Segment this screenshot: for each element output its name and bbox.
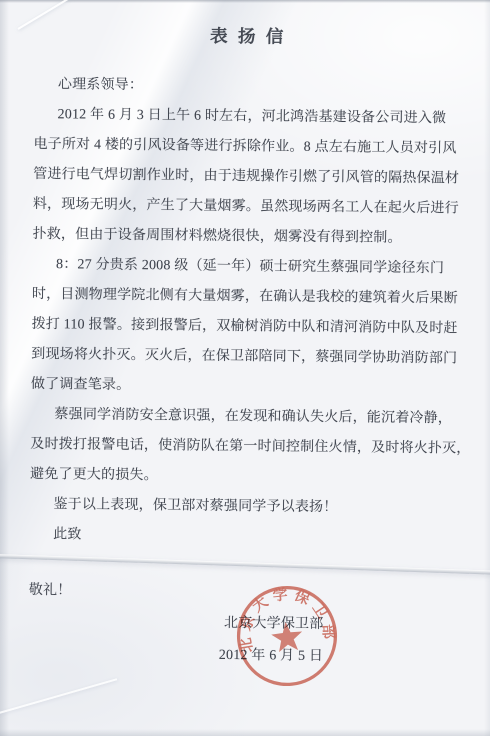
body-line: 到现场将火扑灭。灭火后，在保卫部陪同下，蔡强同学协助消防部门 [31,340,458,374]
body-line: 鉴于以上表现，保卫部对蔡强同学予以表扬！ [30,490,457,524]
body-line: 及时拨打报警电话，使消防队在第一时间控制住火情，及时将火扑灭， [30,430,457,464]
signature-block: 北京大学保卫部 2012 年 6 月 5 日 [28,606,456,674]
salutation: 心理系领导： [34,70,461,104]
scanned-letter-page: 表 扬 信 心理系领导： 2012 年 6 月 3 日上午 6 时左右，河北鸿浩… [0,0,490,736]
paragraph-3: 蔡强同学消防安全意识强，在发现和确认失火后，能沉着冷静， 及时拨打报警电话，使消… [30,400,458,494]
closing-jingli: 敬礼！ [29,576,456,610]
signature-date: 2012 年 6 月 5 日 [28,638,323,673]
letter-title: 表 扬 信 [35,22,462,50]
paragraph-1: 2012 年 6 月 3 日上午 6 时左右，河北鸿浩基建设备公司进入微 电子所… [32,100,461,254]
body-line: 管进行电气焊切割作业时，由于违规操作引燃了引风管的隔热保温材 [33,160,460,194]
body-line: 做了调查笔录。 [31,370,458,404]
body-line: 料，现场无明火，产生了大量烟雾。虽然现场两名工人在起火后进行 [33,190,460,224]
body-line: 电子所对 4 楼的引风设备等进行拆除作业。8 点左右施工人员对引风 [33,130,460,164]
body-line: 8：27 分贵系 2008 级（延一年）硕士研究生蔡强同学途径东门 [32,250,459,284]
body-line: 扑救，但由于设备周围材料燃烧很快，烟雾没有得到控制。 [32,220,459,254]
closing-zhici: 此致 [29,520,456,554]
letter-body: 表 扬 信 心理系领导： 2012 年 6 月 3 日上午 6 时左右，河北鸿浩… [0,0,490,736]
body-line: 蔡强同学消防安全意识强，在发现和确认失火后，能沉着冷静， [30,400,457,434]
body-line: 2012 年 6 月 3 日上午 6 时左右，河北鸿浩基建设备公司进入微 [34,100,461,134]
body-line: 时，目测物理学院北侧有大量烟雾，在确认是我校的建筑着火后果断 [32,280,459,314]
paragraph-2: 8：27 分贵系 2008 级（延一年）硕士研究生蔡强同学途径东门 时，目测物理… [31,250,460,404]
signature-org: 北京大学保卫部 [28,606,323,641]
paragraph-4: 鉴于以上表现，保卫部对蔡强同学予以表扬！ [30,490,457,524]
body-line: 拨打 110 报警。接到报警后，双榆树消防中队和清河消防中队及时赶 [31,310,458,344]
body-line: 避免了更大的损失。 [30,460,457,494]
